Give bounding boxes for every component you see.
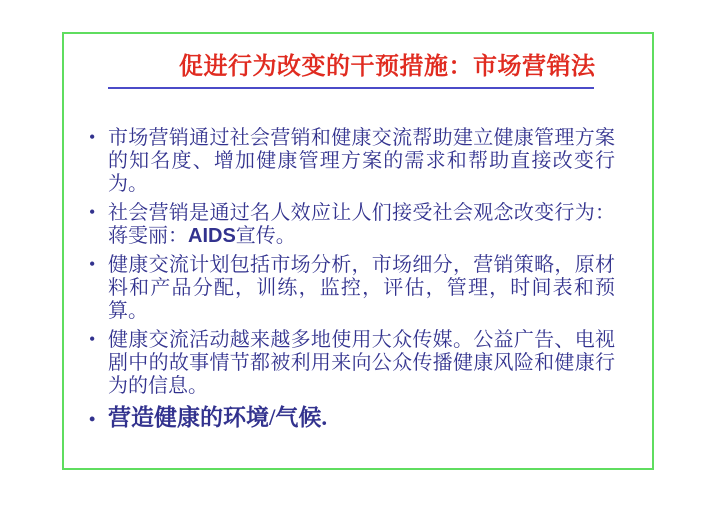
- bullet-item-2: • 社会营销是通过名人效应让人们接受社会观念改变行为：蒋雯丽：AIDS宣传。: [89, 202, 615, 248]
- bullet-text-segment: 社会营销是通过名人效应让人们接受社会观念改变行为：蒋雯丽：: [108, 202, 615, 247]
- bullet-text-aids-emphasis: AIDS: [188, 225, 236, 247]
- bullet-text: 营造健康的环境/气候.: [108, 405, 327, 430]
- bullet-dot-icon: •: [89, 201, 95, 224]
- bullet-item-5: • 营造健康的环境/气候.: [89, 404, 615, 431]
- bullet-dot-icon: •: [89, 126, 95, 149]
- bullet-text: 社会营销是通过名人效应让人们接受社会观念改变行为：蒋雯丽：AIDS宣传。: [108, 202, 615, 247]
- bullet-dot-icon: •: [89, 253, 95, 276]
- bullet-text: 市场营销通过社会营销和健康交流帮助建立健康管理方案的知名度、增加健康管理方案的需…: [108, 127, 615, 195]
- slide-title: 促进行为改变的干预措施：市场营销法: [179, 46, 596, 81]
- bullet-text-segment: 宣传。: [236, 225, 296, 247]
- bullet-dot-icon: •: [89, 328, 95, 351]
- bullet-item-4: • 健康交流活动越来越多地使用大众传媒。公益广告、电视剧中的故事情节都被利用来向…: [89, 329, 615, 398]
- bullet-text: 健康交流活动越来越多地使用大众传媒。公益广告、电视剧中的故事情节都被利用来向公众…: [108, 329, 615, 397]
- bullet-dot-icon: •: [89, 406, 95, 433]
- bullet-list: • 市场营销通过社会营销和健康交流帮助建立健康管理方案的知名度、增加健康管理方案…: [89, 127, 615, 437]
- bullet-item-3: • 健康交流计划包括市场分析，市场细分，营销策略，原材料和产品分配，训练，监控，…: [89, 254, 615, 323]
- bullet-item-1: • 市场营销通过社会营销和健康交流帮助建立健康管理方案的知名度、增加健康管理方案…: [89, 127, 615, 196]
- bullet-text: 健康交流计划包括市场分析，市场细分，营销策略，原材料和产品分配，训练，监控，评估…: [108, 254, 615, 322]
- title-underline-rule: [108, 87, 594, 89]
